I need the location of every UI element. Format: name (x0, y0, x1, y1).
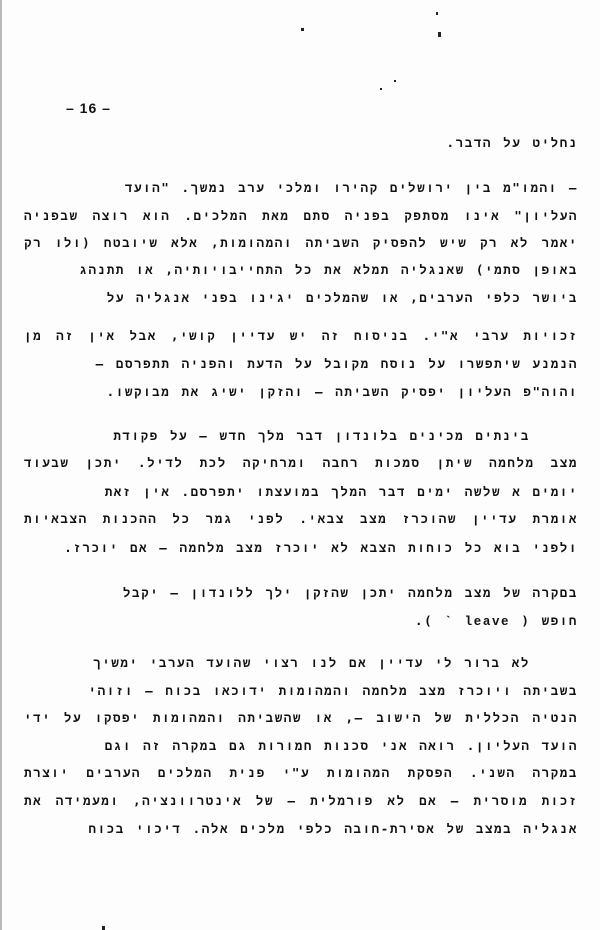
text-line: מצב מלחמה שיתן סמכות רחבה ומרחיקה לכת לד… (24, 455, 578, 471)
text-line: ולפני בוא כל כוחות הצבא לא יוכרז מצב מלח… (64, 540, 578, 556)
leave-close-paren: ). (415, 613, 433, 628)
text-line: אנגליה במצב של אסירת-חובה כלפי מלכים אלה… (88, 821, 578, 837)
text-line: העליון" אינו מסתפק בפניה סתם מאת המלכים.… (24, 208, 578, 224)
text-line: במקרה השני. הפסקת המהומות ע"י פנית המלכי… (24, 765, 578, 781)
text-line: בםקרה של מצב מלחמה יתכן שהזקן ילך ללונדו… (123, 585, 578, 601)
leave-accent-mark: ` (444, 615, 453, 629)
scan-left-edge (0, 0, 2, 930)
text-line: בשביתה ויוכרז מצב מלחמה והמהומות ידוכאו … (89, 683, 578, 699)
text-line: הנטיה הכללית של הישוב –, או שהשביתה והמה… (24, 710, 578, 726)
text-line: אומרת עדיין שהוכרז מצב צבאי. לפני גמר כל… (24, 511, 578, 527)
text-line: יומים א שלשה ימים דבר המלך במועצתו יתפרס… (105, 484, 578, 500)
scan-speck (438, 32, 441, 37)
text-line: לא ברור לי עדיין אם לנו רצוי שהועד הערבי… (93, 655, 530, 671)
scan-speck (394, 80, 396, 82)
text-line: באופן סתמי) שאנגליה תמלא את כל התחייבויו… (79, 262, 578, 278)
text-line: – והמו"מ בין ירושלים קהירו ומלכי ערב נמש… (125, 180, 578, 196)
leave-open-paren: ( (521, 613, 530, 628)
text-line: ביושר כלפי הערבים, או שהמלכים יגינו בפני… (107, 290, 578, 306)
scan-speck (380, 88, 382, 90)
page-number: – 16 – (66, 100, 111, 116)
scan-speck (301, 28, 304, 31)
scan-speck (102, 926, 105, 930)
leave-english-word: ` leave (444, 615, 510, 629)
text-line: יאמר לא רק שיש להפסיק השביתה והמהומות, א… (24, 235, 578, 251)
text-line: הועד העליון. רואה אני סכנות חמורות גם במ… (105, 738, 578, 754)
leave-line: חופש ( ` leave ). (415, 613, 578, 629)
text-line: זכויות ערבי א"י. בניסוח זה יש עדיין קושי… (24, 328, 578, 344)
text-line: זכות מוסרית – אם לא פורמלית – של אינטרוו… (24, 793, 578, 809)
leave-hebrew-word: חופש (542, 613, 578, 628)
text-line: נחליט על הדבר. (447, 135, 579, 151)
scan-speck (436, 12, 438, 15)
text-line: הנמנע שיתפשרו על נוסח מקובל על הדעת והפנ… (96, 356, 578, 372)
text-line: והוה"פ העליון יפסיק השביתה – והזקן ישיג … (107, 384, 578, 400)
text-line: בינתים מכינים בלונדון דבר מלך חדש – על פ… (113, 428, 530, 444)
